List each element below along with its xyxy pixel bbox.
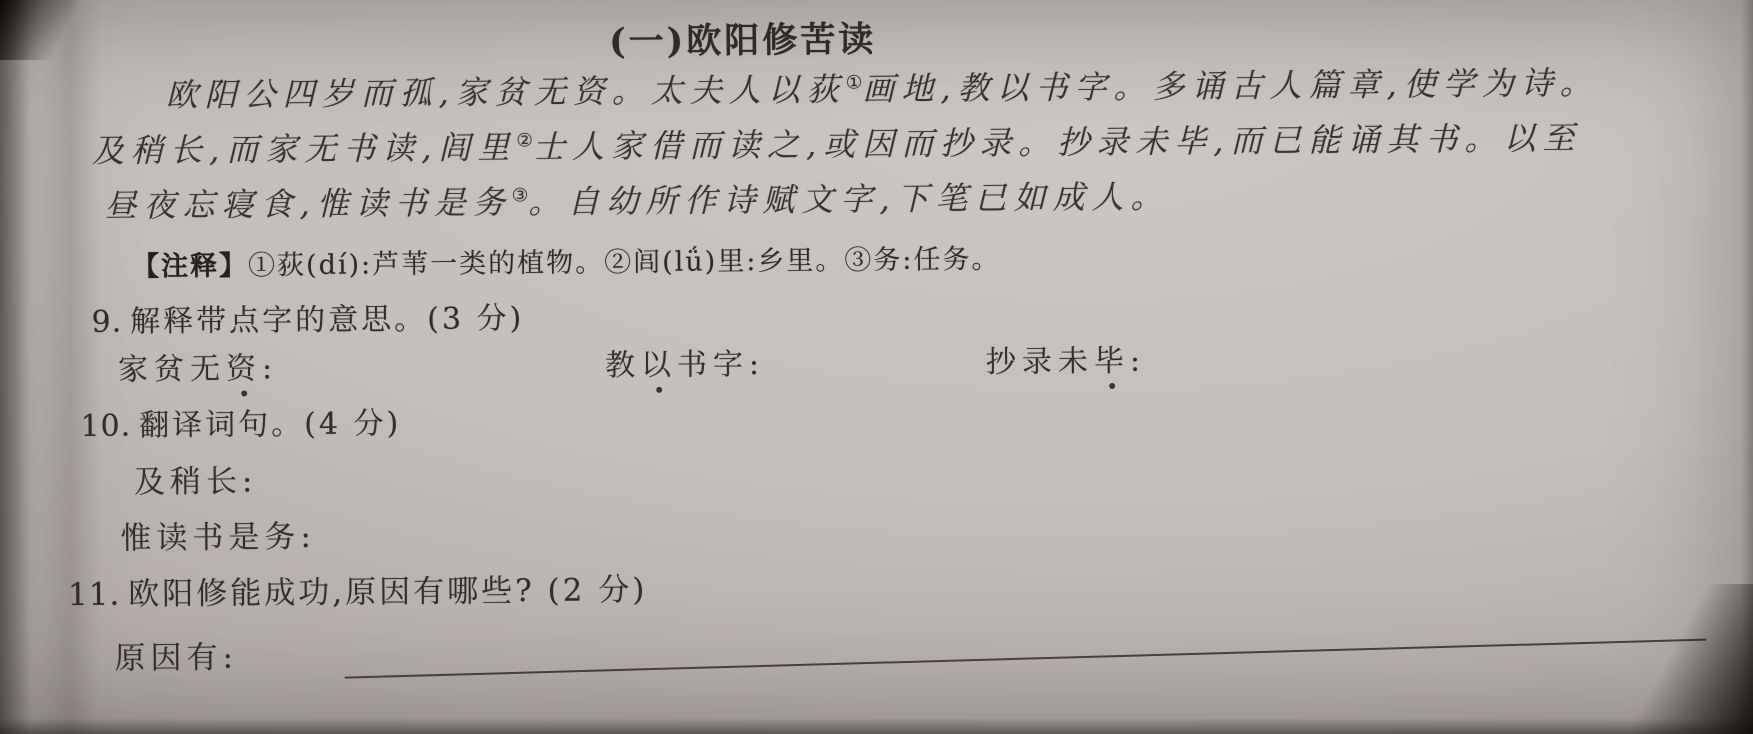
q10-item-1: 及稍长: bbox=[134, 455, 258, 501]
q9-item-1-post: : bbox=[262, 351, 278, 386]
passage-line-3: 昼夜忘寝食,惟读书是务③。自幼所作诗赋文字,下笔已如成人。 bbox=[104, 171, 1169, 226]
passage-title: (一)欧阳修苦读 bbox=[609, 12, 877, 64]
q9-item-1: 家贫无资: bbox=[118, 343, 278, 388]
footnote-marker-1: ① bbox=[846, 72, 863, 93]
passage-text: 。自幼所作诗赋文字,下笔已如成人。 bbox=[528, 177, 1169, 221]
q9-item-3-post: : bbox=[1130, 344, 1146, 379]
photo-top-left-corner-shadow bbox=[0, 0, 150, 60]
question-10-text: 翻译词句。(4 分) bbox=[139, 406, 401, 443]
q10-item-2: 惟读书是务: bbox=[120, 511, 316, 558]
passage-line-1: 欧阳公四岁而孤,家贫无资。太夫人以荻①画地,教以书字。多诵古人篇章,使学为诗。 bbox=[165, 58, 1599, 117]
q9-item-1-dotted-char: 资 bbox=[226, 343, 262, 387]
question-11-text: 欧阳修能成功,原因有哪些? (2 分) bbox=[128, 572, 647, 613]
footnote-marker-3: ③ bbox=[512, 185, 529, 206]
photo-left-edge-shadow bbox=[0, 0, 30, 734]
photo-right-edge-shadow bbox=[1741, 0, 1753, 734]
exam-paper-photo: (一)欧阳修苦读 欧阳公四岁而孤,家贫无资。太夫人以荻①画地,教以书字。多诵古人… bbox=[0, 0, 1753, 734]
question-10-number: 10. bbox=[80, 409, 131, 444]
question-9-text: 解释带点字的意思。(3 分) bbox=[130, 301, 524, 339]
q9-item-2-pre: 教 bbox=[605, 348, 641, 383]
footnote-marker-2: ② bbox=[516, 130, 533, 151]
annotations-line: 【注释】①荻(dí):芦苇一类的植物。②闾(lǘ)里:乡里。③务:任务。 bbox=[132, 237, 1001, 284]
answer-blank-line bbox=[344, 607, 1706, 679]
passage-text: 欧阳公四岁而孤,家贫无资。太夫人以荻 bbox=[165, 70, 845, 114]
annotations-text: ①荻(dí):芦苇一类的植物。②闾(lǘ)里:乡里。③务:任务。 bbox=[248, 244, 1001, 282]
passage-text: 昼夜忘寝食,惟读书是务 bbox=[104, 183, 512, 225]
q9-item-3-dotted-char: 毕 bbox=[1094, 336, 1130, 380]
passage-text: 画地,教以书字。多诵古人篇章,使学为诗。 bbox=[862, 64, 1599, 108]
photo-bottom-right-corner-shadow bbox=[1553, 584, 1753, 734]
q9-item-3: 抄录未毕: bbox=[986, 336, 1146, 381]
passage-line-2: 及稍长,而家无书读,闾里②士人家借而读之,或因而抄录。抄录未毕,而已能诵其书。以… bbox=[92, 113, 1582, 172]
question-9-number: 9. bbox=[91, 305, 122, 340]
question-9: 9.解释带点字的意思。(3 分) bbox=[91, 293, 524, 341]
q9-item-1-pre: 家贫无 bbox=[118, 352, 226, 388]
answer-label: 原因有: bbox=[114, 632, 238, 678]
annotations-label: 【注释】 bbox=[132, 250, 248, 282]
question-11: 11.欧阳修能成功,原因有哪些? (2 分) bbox=[68, 564, 648, 614]
q9-item-2-post: 书字: bbox=[677, 347, 765, 383]
passage-text: 士人家借而读之,或因而抄录。抄录未毕,而已能诵其书。以至 bbox=[533, 119, 1582, 166]
q9-item-2-dotted-char: 以 bbox=[641, 340, 677, 384]
question-10: 10.翻译词句。(4 分) bbox=[80, 398, 401, 445]
question-11-number: 11. bbox=[68, 577, 121, 613]
q9-item-2: 教以书字: bbox=[605, 339, 765, 384]
q9-item-3-pre: 抄录未 bbox=[986, 344, 1094, 380]
photo-bottom-edge-shadow bbox=[0, 718, 1753, 734]
passage-text: 及稍长,而家无书读,闾里 bbox=[92, 128, 517, 170]
exam-sheet: (一)欧阳修苦读 欧阳公四岁而孤,家贫无资。太夫人以荻①画地,教以书字。多诵古人… bbox=[0, 0, 1753, 734]
